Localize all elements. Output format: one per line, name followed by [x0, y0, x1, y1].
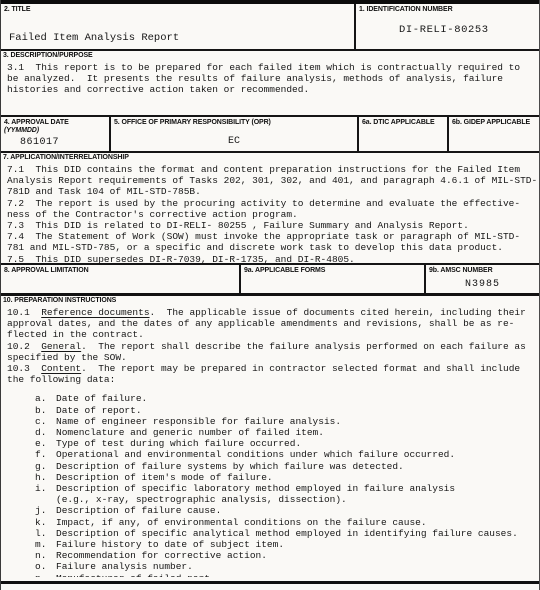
line-rest: . The report shall describe the failure … — [81, 341, 526, 352]
opr-field: 5. OFFICE OF PRIMARY RESPONSIBILITY (OPR… — [111, 117, 359, 151]
text-line: 10.3 Content. The report may be prepared… — [7, 363, 539, 374]
approval-limitation-label: 8. APPROVAL LIMITATION — [4, 267, 236, 275]
list-item: k.Impact, if any, of environmental condi… — [7, 517, 539, 528]
list-item-letter: d. — [35, 427, 56, 438]
list-item-letter: m. — [35, 539, 56, 550]
list-item-letter: g. — [35, 461, 56, 472]
text-line: approval dates, and the dates of any app… — [7, 318, 539, 329]
list-item-text: Description of failure systems by which … — [56, 461, 404, 472]
list-item: o.Failure analysis number. — [7, 561, 539, 572]
text-line: specified by the SOW. — [7, 352, 539, 363]
text-line: 7.2 The report is used by the procuring … — [7, 198, 539, 209]
line-prefix: flected in the contract. — [7, 329, 144, 340]
list-item: g.Description of failure systems by whic… — [7, 461, 539, 472]
list-item-text: Description of specific laboratory metho… — [56, 483, 455, 494]
identification-number-value: DI-RELI-80253 — [359, 24, 536, 36]
title-label: 2. TITLE — [4, 6, 351, 14]
line-prefix: approval dates, and the dates of any app… — [7, 318, 514, 329]
dtic-applicable-label: 6a. DTIC APPLICABLE — [362, 119, 444, 127]
text-line: Analysis Report requirements of Tasks 20… — [7, 175, 539, 186]
preparation-instructions-label: 10. PREPARATION INSTRUCTIONS — [3, 297, 539, 305]
text-line: the following data: — [7, 374, 539, 385]
text-line: histories and corrective action taken or… — [7, 84, 539, 95]
list-item-letter: i. — [35, 483, 56, 494]
list-item-text: Date of report. — [56, 405, 142, 416]
approval-date-format-label: (YYMMDD) — [4, 127, 106, 135]
list-item: n.Recommendation for corrective action. — [7, 550, 539, 561]
list-item-text: Type of test during which failure occurr… — [56, 438, 301, 449]
line-prefix: specified by the SOW. — [7, 352, 127, 363]
line-rest: . The applicable issue of documents cite… — [150, 307, 526, 318]
list-item: b.Date of report. — [7, 405, 539, 416]
title-value: Failed Item Analysis Report — [9, 32, 179, 44]
list-item-text: Failure history to date of subject item. — [56, 539, 284, 550]
text-line: 7.5 This DID supersedes DI-R-7039, DI-R-… — [7, 254, 539, 265]
underlined-term: Content — [41, 363, 81, 374]
gidep-applicable-label: 6b. GIDEP APPLICABLE — [452, 119, 536, 127]
opr-value: EC — [114, 136, 354, 147]
line-prefix: 10.3 — [7, 363, 41, 374]
line-prefix: the following data: — [7, 374, 115, 385]
list-item-text: Date of failure. — [56, 393, 147, 404]
dtic-applicable-field: 6a. DTIC APPLICABLE — [359, 117, 449, 151]
list-item: f.Operational and environmental conditio… — [7, 449, 539, 460]
list-item: e.Type of test during which failure occu… — [7, 438, 539, 449]
title-field: 2. TITLE Failed Item Analysis Report — [1, 4, 356, 49]
applicable-forms-field: 9a. APPLICABLE FORMS — [241, 265, 426, 293]
list-item-text: Impact, if any, of environmental conditi… — [56, 517, 427, 528]
description-purpose-text: 3.1 This report is to be prepared for ea… — [3, 62, 539, 96]
did-form-page: 2. TITLE Failed Item Analysis Report 1. … — [0, 0, 540, 590]
line-prefix: 10.1 — [7, 307, 41, 318]
list-item-letter: j. — [35, 505, 56, 516]
gidep-applicable-field: 6b. GIDEP APPLICABLE — [449, 117, 539, 151]
list-item-letter: e. — [35, 438, 56, 449]
text-line: flected in the contract. — [7, 329, 539, 340]
approval-date-value: 861017 — [4, 137, 106, 148]
amsc-number-field: 9b. AMSC NUMBER N3985 — [426, 265, 539, 293]
text-line: ness of the Contractor's corrective acti… — [7, 209, 539, 220]
opr-label: 5. OFFICE OF PRIMARY RESPONSIBILITY (OPR… — [114, 119, 354, 127]
application-interrelationship-label: 7. APPLICATION/INTERRELATIONSHIP — [3, 154, 539, 162]
list-item: i.Description of specific laboratory met… — [7, 483, 539, 494]
list-item-letter: c. — [35, 416, 56, 427]
text-line: 3.1 This report is to be prepared for ea… — [7, 62, 539, 73]
approval-limitation-field: 8. APPROVAL LIMITATION — [1, 265, 241, 293]
list-item: d.Nomenclature and generic number of fai… — [7, 427, 539, 438]
line-prefix: 10.2 — [7, 341, 41, 352]
list-item-letter: o. — [35, 561, 56, 572]
preparation-instructions-text: 10.1 Reference documents. The applicable… — [3, 307, 539, 385]
list-item: m.Failure history to date of subject ite… — [7, 539, 539, 550]
text-line: 781 and MIL-STD-785, or a specific and d… — [7, 242, 539, 253]
amsc-number-label: 9b. AMSC NUMBER — [429, 267, 536, 275]
list-item: a.Date of failure. — [7, 393, 539, 404]
content-data-list: a.Date of failure.b.Date of report.c.Nam… — [3, 393, 539, 577]
application-interrelationship-section: 7. APPLICATION/INTERRELATIONSHIP 7.1 Thi… — [1, 153, 539, 265]
list-item-text: Name of engineer responsible for failure… — [56, 416, 341, 427]
text-line: be analyzed. It presents the results of … — [7, 73, 539, 84]
list-item-letter: a. — [35, 393, 56, 404]
amsc-number-value: N3985 — [429, 279, 536, 290]
list-item-text: Failure analysis number. — [56, 561, 193, 572]
list-item-letter: f. — [35, 449, 56, 460]
identification-number-field: 1. IDENTIFICATION NUMBER DI-RELI-80253 — [356, 4, 539, 49]
text-line: 7.3 This DID is related to DI-RELI- 8025… — [7, 220, 539, 231]
list-item-text: Description of specific analytical metho… — [56, 528, 518, 539]
text-line: 7.4 The Statement of Work (SOW) must inv… — [7, 231, 539, 242]
applicable-forms-label: 9a. APPLICABLE FORMS — [244, 267, 421, 275]
underlined-term: General — [41, 341, 81, 352]
description-purpose-section: 3. DESCRIPTION/PURPOSE 3.1 This report i… — [1, 51, 539, 117]
list-item: j.Description of failure cause. — [7, 505, 539, 516]
list-item: p.Manufacturer of failed part. — [7, 573, 539, 577]
text-line: 10.2 General. The report shall describe … — [7, 341, 539, 352]
limitation-row: 8. APPROVAL LIMITATION 9a. APPLICABLE FO… — [1, 265, 539, 296]
list-item-text: Recommendation for corrective action. — [56, 550, 267, 561]
list-item: c.Name of engineer responsible for failu… — [7, 416, 539, 427]
text-line: 10.1 Reference documents. The applicable… — [7, 307, 539, 318]
list-item-text: Operational and environmental conditions… — [56, 449, 455, 460]
identification-number-label: 1. IDENTIFICATION NUMBER — [359, 6, 536, 14]
list-item-letter: k. — [35, 517, 56, 528]
list-item: h.Description of item's mode of failure. — [7, 472, 539, 483]
list-item-letter: l. — [35, 528, 56, 539]
list-item-letter: p. — [35, 573, 56, 577]
underlined-term: Reference documents — [41, 307, 149, 318]
approval-date-field: 4. APPROVAL DATE (YYMMDD) 861017 — [1, 117, 111, 151]
bottom-edge-bar — [1, 581, 539, 584]
application-interrelationship-text: 7.1 This DID contains the format and con… — [3, 164, 539, 265]
approval-row: 4. APPROVAL DATE (YYMMDD) 861017 5. OFFI… — [1, 117, 539, 153]
description-purpose-label: 3. DESCRIPTION/PURPOSE — [3, 52, 539, 60]
list-item-text: Manufacturer of failed part. — [56, 573, 216, 577]
list-item: l.Description of specific analytical met… — [7, 528, 539, 539]
list-item-text: Nomenclature and generic number of faile… — [56, 427, 324, 438]
header-row: 2. TITLE Failed Item Analysis Report 1. … — [1, 4, 539, 51]
list-item-text: (e.g., x-ray, spectrographic analysis, d… — [56, 494, 347, 505]
list-item-text: Description of failure cause. — [56, 505, 221, 516]
list-item-letter: h. — [35, 472, 56, 483]
approval-date-label: 4. APPROVAL DATE — [4, 119, 106, 127]
preparation-instructions-section: 10. PREPARATION INSTRUCTIONS 10.1 Refere… — [1, 296, 539, 577]
list-item-text: Description of item's mode of failure. — [56, 472, 273, 483]
list-item-letter: b. — [35, 405, 56, 416]
list-item-letter: n. — [35, 550, 56, 561]
list-item: (e.g., x-ray, spectrographic analysis, d… — [7, 494, 539, 505]
line-rest: . The report may be prepared in contract… — [81, 363, 520, 374]
text-line: 7.1 This DID contains the format and con… — [7, 164, 539, 175]
text-line: 781D and Task 104 of MIL-STD-785B. — [7, 186, 539, 197]
